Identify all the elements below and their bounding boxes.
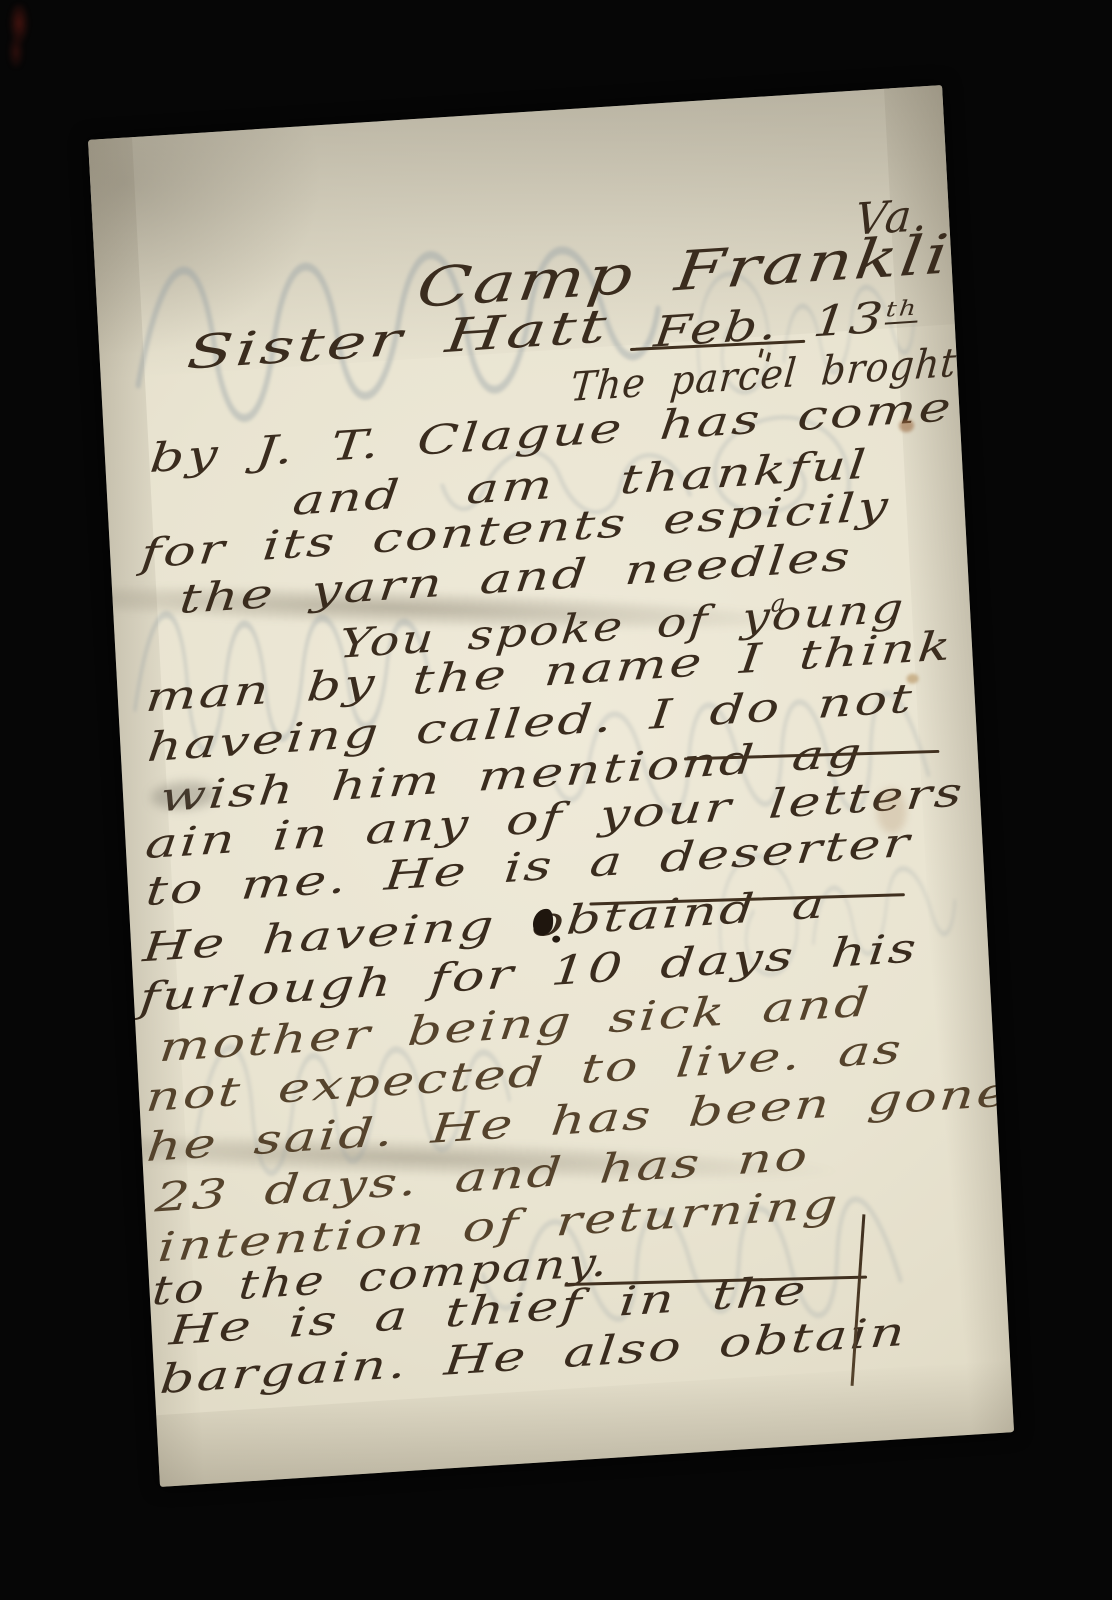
flourish-stroke [851, 1214, 866, 1386]
paper-shade-corner [88, 118, 444, 439]
letter-photo: Va. Camp Franklin Sister Hatt Feb. 13th … [0, 0, 1112, 1600]
photo-corner-mark [4, 4, 34, 68]
date-suffix: th [884, 295, 919, 324]
paper-stain [906, 673, 919, 684]
salutation-line: Sister Hatt [185, 298, 612, 379]
letter-page: Va. Camp Franklin Sister Hatt Feb. 13th … [88, 85, 1014, 1487]
